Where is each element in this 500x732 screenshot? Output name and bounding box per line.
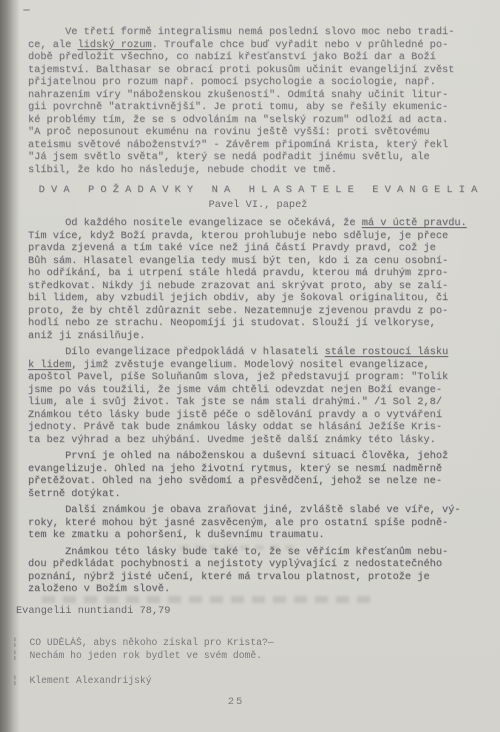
footnotes-block: ¦ CO UDĚLÁŠ, abys někoho získal pro Kris… (12, 637, 488, 687)
page-number: 25 (0, 696, 472, 708)
paragraph-first-sign: První je ohled na náboženskou a duševní … (28, 450, 488, 500)
source-citation: Evangelii nuntiandi 78,79 (16, 605, 488, 618)
scanned-document-page: Ve třetí formě integralismu nemá posledn… (0, 0, 500, 732)
paragraph-truth: Od každého nositele evangelizace se oček… (28, 217, 488, 342)
scan-smudge (23, 9, 30, 11)
paragraph-third-sign: Známkou této lásky bude také to, že se v… (28, 546, 488, 596)
paragraph-love: Dílo evangelizace předpokládá v hlasatel… (28, 346, 488, 446)
paragraph-second-sign: Další známkou je obava zraňovat jiné, zv… (28, 504, 488, 542)
book-gutter-shadow (0, 0, 20, 732)
section-subheading: Pavel VI., papež (28, 199, 488, 212)
text-column: Ve třetí formě integralismu nemá posledn… (28, 26, 488, 687)
paragraph-integralism: Ve třetí formě integralismu nemá posledn… (28, 26, 488, 176)
section-heading: D V A P O Ž A D A V K Y N A H L A S A T … (28, 184, 488, 197)
